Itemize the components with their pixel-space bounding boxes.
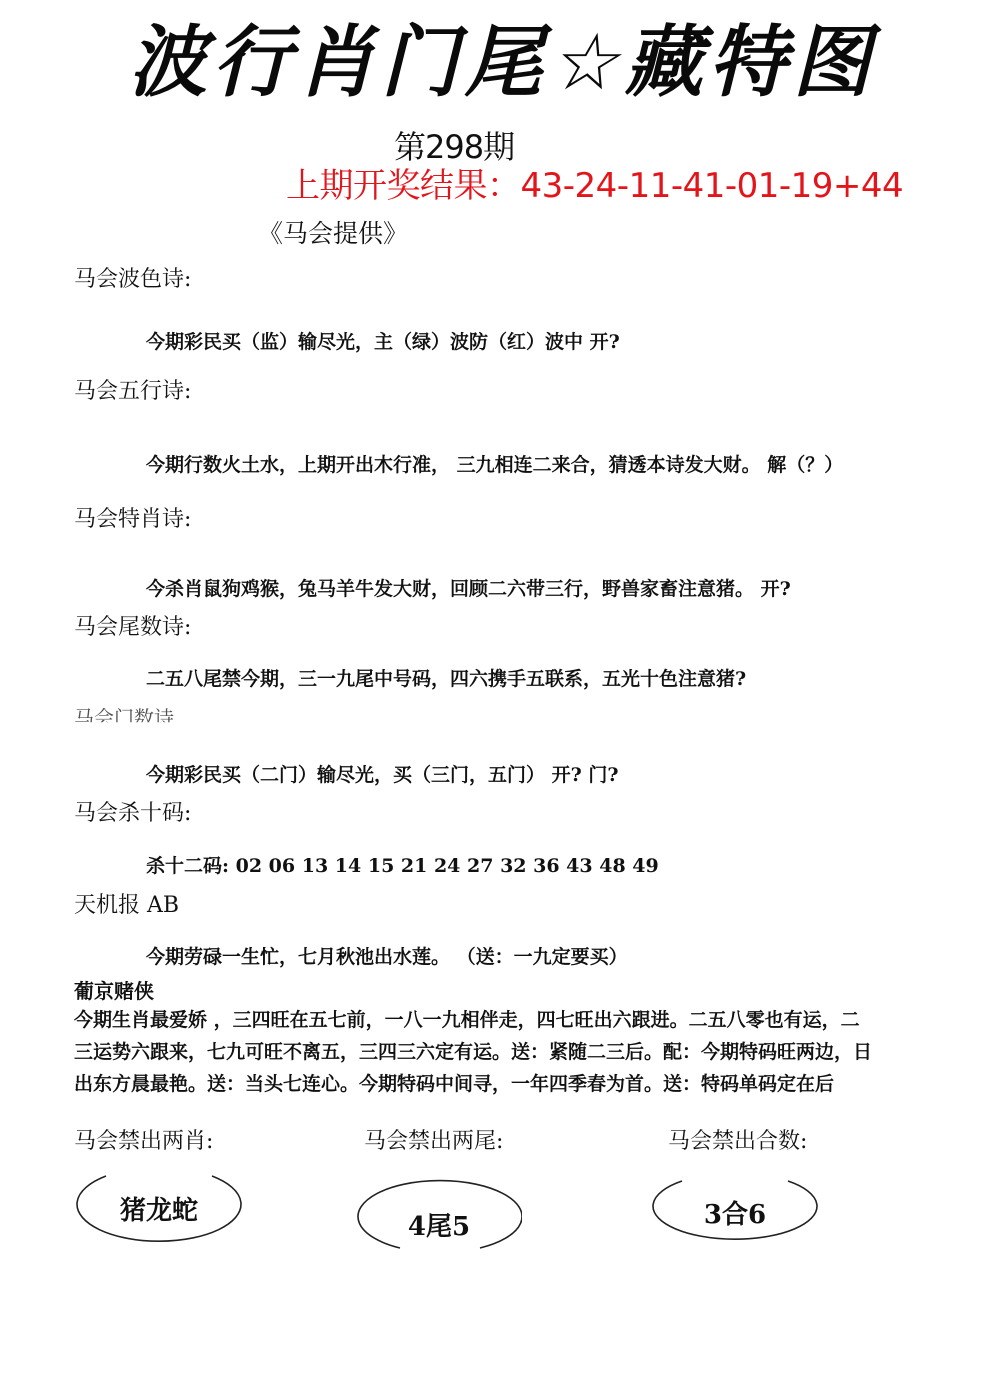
section-heading-wave-color: 马会波色诗: <box>74 262 191 293</box>
section-text-tail-number: 二五八尾禁今期，三一九尾中号码，四六携手五联系，五光十色注意猪? <box>146 664 746 691</box>
section-text-door-number: 今期彩民买（二门）输尽光，买（三门，五门） 开? 门? <box>146 760 619 787</box>
section-text-kill-twelve: 杀十二码: 02 06 13 14 15 21 24 27 32 36 43 4… <box>146 851 659 878</box>
provider-label: 《马会提供》 <box>258 214 408 250</box>
ban-value-tail: 4尾5 <box>356 1206 522 1243</box>
ban-ellipse-zodiac: 猪龙蛇 <box>76 1170 242 1248</box>
banner-title: 波行肖门尾☆藏特图 <box>124 18 894 108</box>
ban-value-zodiac: 猪龙蛇 <box>76 1190 242 1227</box>
section-heading-special-zodiac: 马会特肖诗: <box>74 502 191 533</box>
section-heading-door-number: 马会门数诗 <box>74 702 174 731</box>
puzzle-text: 今期生肖最爱娇 ，三四旺在五七前，一八一九相伴走，四七旺出六跟进。二五八零也有运… <box>74 1004 874 1100</box>
section-heading-kill-ten: 马会杀十码: <box>74 796 191 827</box>
section-text-five-elements: 今期行数火土水，上期开出木行准， 三九相连二来合，猜透本诗发大财。 解（？） <box>146 450 843 477</box>
section-text-wave-color: 今期彩民买（监）输尽光，主（绿）波防（红）波中 开? <box>146 327 620 354</box>
section-heading-tail-number: 马会尾数诗: <box>74 610 191 641</box>
puzzle-heading: 葡京赌侠 <box>74 975 154 1004</box>
last-result: 上期开奖结果：43-24-11-41-01-19+44 <box>286 158 903 207</box>
ban-label-tail: 马会禁出两尾: <box>364 1124 503 1155</box>
last-result-numbers: 43-24-11-41-01-19+44 <box>521 166 904 206</box>
section-heading-five-elements: 马会五行诗: <box>74 374 191 405</box>
section-heading-tianji: 天机报 AB <box>74 888 179 919</box>
ban-label-zodiac: 马会禁出两肖: <box>74 1124 213 1155</box>
section-text-special-zodiac: 今杀肖鼠狗鸡猴，兔马羊牛发大财，回顾二六带三行，野兽家畜注意猪。 开? <box>146 574 791 601</box>
ban-value-sum: 3合6 <box>652 1194 818 1231</box>
ban-ellipse-tail: 4尾5 <box>356 1176 522 1252</box>
ban-label-sum: 马会禁出合数: <box>668 1124 807 1155</box>
section-text-tianji: 今期劳碌一生忙，七月秋池出水莲。 （送：一九定要买） <box>146 942 628 969</box>
ban-ellipse-sum: 3合6 <box>652 1176 818 1246</box>
last-result-label: 上期开奖结果： <box>286 166 521 206</box>
